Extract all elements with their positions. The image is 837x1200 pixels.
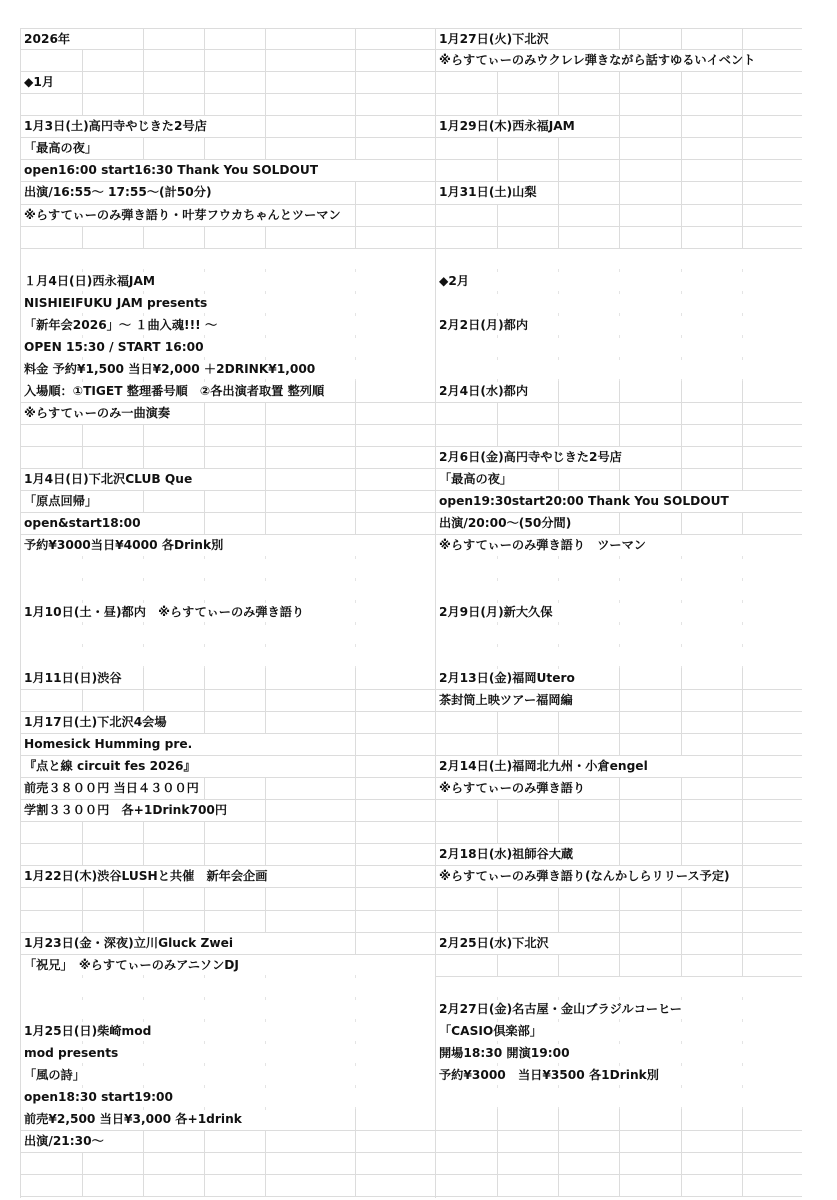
column-gridline (681, 1153, 682, 1175)
column-gridline (619, 403, 620, 425)
right-sheet-row (436, 1087, 802, 1109)
column-gridline (355, 1065, 356, 1087)
column-gridline (204, 911, 205, 933)
left-sheet-row: 1月11日(日)渋谷 (21, 668, 435, 690)
column-gridline (82, 50, 83, 72)
column-gridline (497, 1087, 498, 1109)
column-gridline (355, 1021, 356, 1043)
column-gridline (355, 734, 356, 756)
column-gridline (265, 1131, 266, 1153)
column-gridline (619, 1175, 620, 1197)
column-gridline (681, 381, 682, 403)
column-gridline (681, 712, 682, 734)
right-sheet-row: 「CASIO倶楽部」 (436, 1021, 802, 1043)
column-gridline (742, 778, 743, 800)
cell[interactable]: ※らすてぃーのみ一曲演奏 (24, 403, 170, 424)
column-gridline (355, 469, 356, 491)
column-gridline (204, 50, 205, 72)
left-sheet-row (21, 977, 435, 999)
column-gridline (681, 535, 682, 557)
right-sheet-row: 2月18日(水)祖師谷大蔵 (436, 844, 802, 866)
left-sheet-row: ※らすてぃーのみ弾き語り・叶芽フウカちゃんとツーマン (21, 205, 435, 227)
right-sheet-row (436, 734, 802, 756)
left-sheet-row: １月4日(日)西永福JAM (21, 271, 435, 293)
column-gridline (619, 712, 620, 734)
column-gridline (265, 955, 266, 977)
column-gridline (265, 116, 266, 138)
column-gridline (558, 205, 559, 227)
column-gridline (265, 712, 266, 734)
cell[interactable]: ※らすてぃーのみ弾き語り・叶芽フウカちゃんとツーマン (24, 205, 341, 226)
column-gridline (497, 712, 498, 734)
column-gridline (619, 1153, 620, 1175)
column-gridline (82, 690, 83, 712)
column-gridline (143, 50, 144, 72)
column-gridline (355, 822, 356, 844)
column-gridline (143, 491, 144, 513)
column-gridline (265, 469, 266, 491)
cell[interactable]: 2月4日(水)都内 (439, 381, 528, 402)
column-gridline (681, 72, 682, 94)
column-gridline (619, 425, 620, 447)
column-gridline (355, 624, 356, 646)
column-gridline (619, 888, 620, 910)
right-sheet-row (436, 712, 802, 734)
cell[interactable]: 学割３３００円 各+1Drink700円 (24, 800, 227, 821)
left-sheet-row: ※らすてぃーのみ一曲演奏 (21, 403, 435, 425)
cell[interactable]: 1月23日(金・深夜)立川Gluck Zwei (24, 933, 233, 954)
cell[interactable]: １月4日(日)西永福JAM (24, 271, 155, 292)
right-sheet-row: 予約¥3000 当日¥3500 各1Drink別 (436, 1065, 802, 1087)
right-sheet-row: 開場18:30 開演19:00 (436, 1043, 802, 1065)
cell[interactable]: 出演/20:00～(50分間) (439, 513, 571, 534)
left-sheet-row: 「新年会2026」～ １曲入魂!!! ～ (21, 315, 435, 337)
right-sheet-row: 茶封筒上映ツアー福岡編 (436, 690, 802, 712)
column-gridline (204, 1131, 205, 1153)
cell[interactable]: 2月13日(金)福岡Utero (439, 668, 575, 689)
left-sheet-row: ◆1月 (21, 72, 435, 94)
column-gridline (82, 999, 83, 1021)
right-sheet-row: ◆2月 (436, 271, 802, 293)
right-sheet-row: 2月13日(金)福岡Utero (436, 668, 802, 690)
column-gridline (619, 1021, 620, 1043)
column-gridline (558, 1021, 559, 1043)
column-gridline (355, 227, 356, 249)
cell[interactable]: 1月25日(日)柴崎mod (24, 1021, 151, 1042)
column-gridline (619, 116, 620, 138)
column-gridline (355, 50, 356, 72)
column-gridline (204, 977, 205, 999)
column-gridline (204, 558, 205, 580)
column-gridline (497, 138, 498, 160)
column-gridline (497, 580, 498, 602)
column-gridline (204, 138, 205, 160)
column-gridline (204, 822, 205, 844)
column-gridline (558, 182, 559, 204)
cell[interactable]: 2月6日(金)高円寺やじきた2号店 (439, 447, 622, 468)
cell[interactable]: open16:00 start16:30 Thank You SOLDOUT (24, 160, 318, 181)
cell[interactable]: OPEN 15:30 / START 16:00 (24, 337, 204, 358)
column-gridline (497, 227, 498, 249)
column-gridline (497, 359, 498, 381)
column-gridline (681, 469, 682, 491)
column-gridline (497, 977, 498, 999)
left-sheet-row (21, 999, 435, 1021)
column-gridline (742, 999, 743, 1021)
column-gridline (681, 227, 682, 249)
column-gridline (497, 646, 498, 668)
column-gridline (742, 227, 743, 249)
column-gridline (355, 580, 356, 602)
column-gridline (558, 624, 559, 646)
cell[interactable]: 1月22日(木)渋谷LUSHと共催 新年会企画 (24, 866, 267, 887)
column-gridline (558, 558, 559, 580)
column-gridline (265, 1087, 266, 1109)
column-gridline (143, 447, 144, 469)
column-gridline (355, 955, 356, 977)
column-gridline (681, 403, 682, 425)
column-gridline (619, 94, 620, 116)
column-gridline (558, 72, 559, 94)
column-gridline (355, 1131, 356, 1153)
column-gridline (497, 1153, 498, 1175)
column-gridline (497, 558, 498, 580)
column-gridline (619, 315, 620, 337)
column-gridline (265, 227, 266, 249)
column-gridline (681, 1109, 682, 1131)
column-gridline (265, 624, 266, 646)
column-gridline (742, 425, 743, 447)
cell[interactable]: 「CASIO倶楽部」 (439, 1021, 542, 1042)
column-gridline (681, 911, 682, 933)
column-gridline (558, 94, 559, 116)
column-gridline (143, 624, 144, 646)
right-sheet-row (436, 1131, 802, 1153)
left-sheet-row (21, 1175, 435, 1197)
column-gridline (143, 1065, 144, 1087)
column-gridline (82, 977, 83, 999)
column-gridline (204, 491, 205, 513)
column-gridline (497, 205, 498, 227)
column-gridline (265, 999, 266, 1021)
column-gridline (497, 94, 498, 116)
right-sheet-row (436, 822, 802, 844)
column-gridline (619, 513, 620, 535)
column-gridline (742, 29, 743, 50)
column-gridline (355, 800, 356, 822)
column-gridline (619, 160, 620, 182)
column-gridline (265, 778, 266, 800)
column-gridline (742, 337, 743, 359)
cell[interactable]: 茶封筒上映ツアー福岡編 (439, 690, 573, 711)
column-gridline (82, 249, 83, 271)
column-gridline (355, 337, 356, 359)
column-gridline (742, 955, 743, 977)
column-gridline (143, 425, 144, 447)
column-gridline (355, 249, 356, 271)
cell[interactable]: 2月27日(金)名古屋・金山ブラジルコーヒー (439, 999, 682, 1020)
column-gridline (204, 580, 205, 602)
column-gridline (742, 1021, 743, 1043)
column-gridline (265, 50, 266, 72)
column-gridline (742, 447, 743, 469)
column-gridline (355, 381, 356, 403)
cell[interactable]: 1月29日(木)西永福JAM (439, 116, 575, 137)
cell[interactable]: 開場18:30 開演19:00 (439, 1043, 570, 1064)
cell[interactable]: 「原点回帰」 (24, 491, 97, 512)
cell[interactable]: 1月3日(土)高円寺やじきた2号店 (24, 116, 207, 137)
cell[interactable]: ※らすてぃーのみウクレレ弾きながら話すゆるいイベント (439, 50, 755, 71)
cell[interactable]: 「風の詩」 (24, 1065, 85, 1086)
column-gridline (265, 844, 266, 866)
column-gridline (82, 911, 83, 933)
column-gridline (497, 403, 498, 425)
column-gridline (742, 403, 743, 425)
cell[interactable]: 1月10日(土・昼)都内 ※らすてぃーのみ弾き語り (24, 602, 304, 623)
column-gridline (355, 1087, 356, 1109)
column-gridline (143, 690, 144, 712)
cell[interactable]: 2月9日(月)新大久保 (439, 602, 552, 623)
right-sheet-row (436, 337, 802, 359)
cell[interactable]: open18:30 start19:00 (24, 1087, 173, 1108)
cell[interactable]: 出演/21:30～ (24, 1131, 104, 1152)
column-gridline (204, 690, 205, 712)
right-sheet-row (436, 1175, 802, 1197)
column-gridline (742, 602, 743, 624)
column-gridline (681, 624, 682, 646)
column-gridline (742, 1065, 743, 1087)
column-gridline (204, 94, 205, 116)
cell[interactable]: 2026年 (24, 29, 70, 50)
column-gridline (355, 447, 356, 469)
cell[interactable]: 2月2日(月)都内 (439, 315, 528, 336)
column-gridline (497, 425, 498, 447)
column-gridline (355, 558, 356, 580)
cell[interactable]: ※らすてぃーのみ弾き語り (439, 778, 585, 799)
left-sheet-row: mod presents (21, 1043, 435, 1065)
column-gridline (742, 535, 743, 557)
cell[interactable]: open&start18:00 (24, 513, 141, 534)
column-gridline (619, 381, 620, 403)
column-gridline (355, 933, 356, 955)
column-gridline (742, 94, 743, 116)
cell[interactable]: 1月11日(日)渋谷 (24, 668, 122, 689)
cell[interactable]: 1月4日(日)下北沢CLUB Que (24, 469, 192, 490)
column-gridline (619, 558, 620, 580)
cell[interactable]: 2月25日(水)下北沢 (439, 933, 549, 954)
cell[interactable]: 予約¥3000当日¥4000 各Drink別 (24, 535, 223, 556)
cell[interactable]: 1月31日(土)山梨 (439, 182, 537, 203)
column-gridline (681, 558, 682, 580)
column-gridline (681, 513, 682, 535)
cell[interactable]: ※らすてぃーのみ弾き語り ツーマン (439, 535, 646, 556)
column-gridline (204, 447, 205, 469)
column-gridline (82, 227, 83, 249)
right-sheet-row (436, 977, 802, 999)
column-gridline (742, 844, 743, 866)
right-sheet-row: ※らすてぃーのみウクレレ弾きながら話すゆるいイベント (436, 50, 802, 72)
column-gridline (742, 205, 743, 227)
right-sheet-row (436, 359, 802, 381)
column-gridline (742, 646, 743, 668)
column-gridline (204, 1043, 205, 1065)
column-gridline (742, 359, 743, 381)
column-gridline (355, 94, 356, 116)
column-gridline (681, 800, 682, 822)
cell[interactable]: ※らすてぃーのみ弾き語り(なんかしらリリース予定) (439, 866, 730, 887)
left-sheet-row: 料金 予約¥1,500 当日¥2,000 ＋2DRINK¥1,000 (21, 359, 435, 381)
column-gridline (681, 293, 682, 315)
column-gridline (355, 271, 356, 293)
cell[interactable]: ◆2月 (439, 271, 469, 292)
cell[interactable]: 前売¥2,500 当日¥3,000 各+1drink (24, 1109, 242, 1130)
left-sheet-row (21, 822, 435, 844)
column-gridline (558, 227, 559, 249)
left-sheet-row: 学割３３００円 各+1Drink700円 (21, 800, 435, 822)
column-gridline (681, 182, 682, 204)
column-gridline (265, 690, 266, 712)
column-gridline (82, 1153, 83, 1175)
left-sheet-row: 2026年 (21, 28, 435, 50)
column-gridline (681, 822, 682, 844)
column-gridline (497, 1131, 498, 1153)
column-gridline (143, 844, 144, 866)
cell[interactable]: 料金 予約¥1,500 当日¥2,000 ＋2DRINK¥1,000 (24, 359, 315, 380)
right-sheet-row: ※らすてぃーのみ弾き語り (436, 778, 802, 800)
right-sheet-row (436, 888, 802, 910)
column-gridline (558, 712, 559, 734)
cell[interactable]: 入場順：①TIGET 整理番号順 ②各出演者取置 整列順 (24, 381, 324, 402)
right-sheet-row (436, 955, 802, 977)
column-gridline (265, 646, 266, 668)
column-gridline (497, 1109, 498, 1131)
cell[interactable]: 2月18日(水)祖師谷大蔵 (439, 844, 573, 865)
right-sheet-row (436, 1153, 802, 1175)
column-gridline (82, 447, 83, 469)
column-gridline (742, 249, 743, 271)
cell[interactable]: 「祝兄」 ※らすてぃーのみアニソンDJ (24, 955, 239, 976)
column-gridline (143, 646, 144, 668)
column-gridline (355, 778, 356, 800)
column-gridline (681, 337, 682, 359)
column-gridline (681, 734, 682, 756)
cell[interactable]: ◆1月 (24, 72, 54, 93)
column-gridline (143, 249, 144, 271)
cell[interactable]: 「最高の夜」 (24, 138, 97, 159)
column-gridline (681, 1131, 682, 1153)
cell[interactable]: 予約¥3000 当日¥3500 各1Drink別 (439, 1065, 659, 1086)
column-gridline (143, 558, 144, 580)
cell[interactable]: 「最高の夜」 (439, 469, 512, 490)
column-gridline (619, 29, 620, 50)
right-sheet-row (436, 205, 802, 227)
left-sheet-row (21, 1153, 435, 1175)
cell[interactable]: open19:30start20:00 Thank You SOLDOUT (439, 491, 729, 512)
column-gridline (204, 425, 205, 447)
cell[interactable]: 1月27日(火)下北沢 (439, 29, 549, 50)
column-gridline (681, 1043, 682, 1065)
cell[interactable]: 1月17日(土)下北沢4会場 (24, 712, 167, 733)
column-gridline (619, 469, 620, 491)
column-gridline (681, 447, 682, 469)
column-gridline (619, 734, 620, 756)
column-gridline (143, 999, 144, 1021)
column-gridline (82, 580, 83, 602)
column-gridline (355, 668, 356, 690)
cell[interactable]: 出演/16:55～ 17:55～(計50分) (24, 182, 212, 203)
column-gridline (742, 1087, 743, 1109)
column-gridline (265, 249, 266, 271)
column-gridline (355, 535, 356, 557)
column-gridline (742, 734, 743, 756)
column-gridline (681, 1175, 682, 1197)
cell[interactable]: NISHIEIFUKU JAM presents (24, 293, 207, 314)
right-sheet-row (436, 800, 802, 822)
right-sheet-row: 2月14日(土)福岡北九州・小倉engel (436, 756, 802, 778)
column-gridline (558, 1175, 559, 1197)
column-gridline (619, 646, 620, 668)
cell[interactable]: 2月14日(土)福岡北九州・小倉engel (439, 756, 648, 777)
column-gridline (681, 646, 682, 668)
column-gridline (742, 116, 743, 138)
cell[interactable]: 前売３８００円 当日４３００円 (24, 778, 199, 799)
column-gridline (619, 293, 620, 315)
right-sheet-row: open19:30start20:00 Thank You SOLDOUT (436, 491, 802, 513)
left-sheet-row: 「最高の夜」 (21, 138, 435, 160)
column-gridline (355, 29, 356, 50)
column-gridline (265, 580, 266, 602)
column-gridline (681, 94, 682, 116)
cell[interactable]: mod presents (24, 1043, 118, 1064)
cell[interactable]: 『点と線 circuit fes 2026』 (24, 756, 196, 777)
left-sheet-row: open&start18:00 (21, 513, 435, 535)
column-gridline (742, 712, 743, 734)
column-gridline (82, 558, 83, 580)
column-gridline (265, 822, 266, 844)
column-gridline (742, 690, 743, 712)
left-sheet-row: 『点と線 circuit fes 2026』 (21, 756, 435, 778)
column-gridline (355, 425, 356, 447)
column-gridline (558, 646, 559, 668)
column-gridline (558, 337, 559, 359)
column-gridline (82, 1175, 83, 1197)
column-gridline (497, 249, 498, 271)
column-gridline (143, 94, 144, 116)
column-gridline (681, 977, 682, 999)
column-gridline (82, 646, 83, 668)
cell[interactable]: Homesick Humming pre. (24, 734, 192, 755)
column-gridline (82, 844, 83, 866)
left-sheet-row: Homesick Humming pre. (21, 734, 435, 756)
column-gridline (204, 888, 205, 910)
cell[interactable]: 「新年会2026」～ １曲入魂!!! ～ (24, 315, 217, 336)
column-gridline (742, 624, 743, 646)
column-gridline (619, 977, 620, 999)
column-gridline (497, 734, 498, 756)
column-gridline (742, 668, 743, 690)
right-sheet-row: 「最高の夜」 (436, 469, 802, 491)
column-gridline (742, 888, 743, 910)
right-sheet-row (436, 403, 802, 425)
column-gridline (497, 800, 498, 822)
column-gridline (204, 668, 205, 690)
column-gridline (355, 977, 356, 999)
column-gridline (681, 425, 682, 447)
column-gridline (742, 1043, 743, 1065)
column-gridline (355, 72, 356, 94)
column-gridline (681, 844, 682, 866)
right-sheet-row: 2月25日(水)下北沢 (436, 933, 802, 955)
